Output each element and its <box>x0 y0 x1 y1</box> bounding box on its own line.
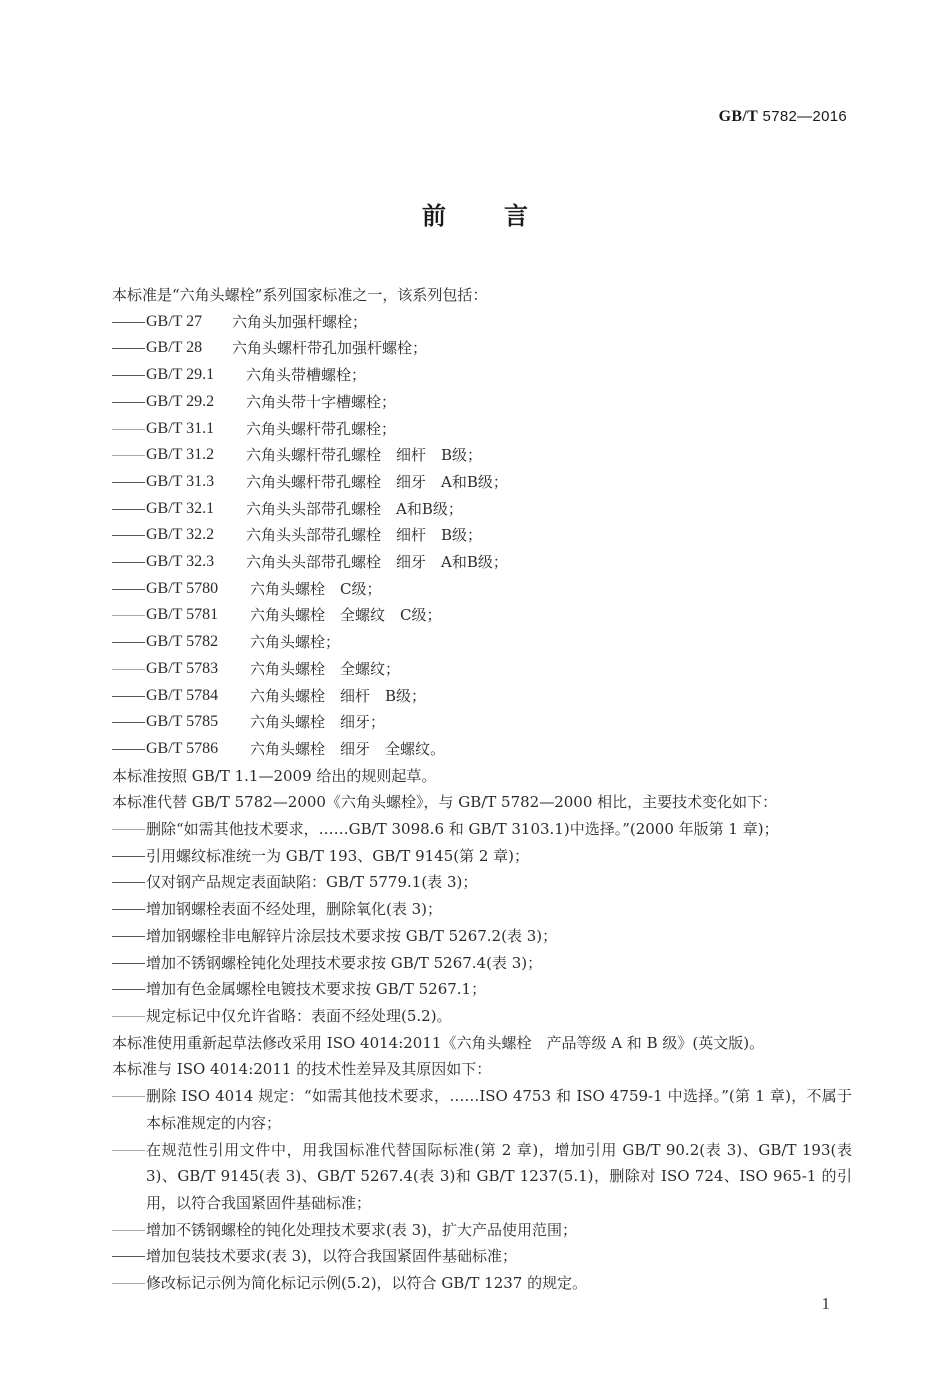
series-name: 六角头带十字槽螺栓； <box>246 389 396 416</box>
dash <box>112 843 146 870</box>
change-text: 规定标记中仅允许省略：表面不经处理(5.2)。 <box>146 1003 452 1030</box>
difference-item: 修改标记示例为简化标记示例(5.2)，以符合 GB/T 1237 的规定。 <box>112 1270 852 1297</box>
series-item: GB/T 5784六角头螺栓 细杆 B级； <box>112 683 852 710</box>
change-item: 增加钢螺栓非电解锌片涂层技术要求按 GB/T 5267.2(表 3)； <box>112 923 852 950</box>
series-item: GB/T 5782六角头螺栓； <box>112 629 852 656</box>
series-code: GB/T 28 <box>146 335 232 362</box>
series-name: 六角头头部带孔螺栓 细杆 B级； <box>246 522 482 549</box>
series-name: 六角头头部带孔螺栓 细牙 A和B级； <box>246 549 508 576</box>
dash <box>112 1083 146 1110</box>
change-item: 增加钢螺栓表面不经处理，删除氧化(表 3)； <box>112 896 852 923</box>
series-name: 六角头加强杆螺栓； <box>232 309 367 336</box>
dash <box>112 629 146 656</box>
series-item: GB/T 5780六角头螺栓 C级； <box>112 576 852 603</box>
difference-text: 删除 ISO 4014 规定：“如需其他技术要求，……ISO 4753 和 IS… <box>146 1083 852 1136</box>
difference-text: 修改标记示例为简化标记示例(5.2)，以符合 GB/T 1237 的规定。 <box>146 1270 852 1297</box>
dash <box>112 522 146 549</box>
change-text: 引用螺纹标准统一为 GB/T 193、GB/T 9145(第 2 章)； <box>146 843 529 870</box>
series-item: GB/T 32.2六角头头部带孔螺栓 细杆 B级； <box>112 522 852 549</box>
difference-text: 在规范性引用文件中，用我国标准代替国际标准(第 2 章)，增加引用 GB/T 9… <box>146 1137 852 1217</box>
series-code: GB/T 32.1 <box>146 496 246 523</box>
dash <box>112 1137 146 1164</box>
dash <box>112 950 146 977</box>
standard-code: GB/T 5782—2016 <box>719 108 847 126</box>
series-code: GB/T 31.1 <box>146 416 246 443</box>
dash <box>112 576 146 603</box>
series-name: 六角头螺杆带孔螺栓 细杆 B级； <box>246 442 482 469</box>
dash <box>112 1270 146 1297</box>
series-item: GB/T 31.3六角头螺杆带孔螺栓 细牙 A和B级； <box>112 469 852 496</box>
differences-list: 删除 ISO 4014 规定：“如需其他技术要求，……ISO 4753 和 IS… <box>112 1083 852 1297</box>
change-item: 增加不锈钢螺栓钝化处理技术要求按 GB/T 5267.4(表 3)； <box>112 950 852 977</box>
adoption-statement: 本标准使用重新起草法修改采用 ISO 4014:2011《六角头螺栓 产品等级 … <box>112 1030 852 1057</box>
dash <box>112 362 146 389</box>
series-name: 六角头螺栓； <box>250 629 340 656</box>
change-text: 增加钢螺栓非电解锌片涂层技术要求按 GB/T 5267.2(表 3)； <box>146 923 557 950</box>
differences-intro: 本标准与 ISO 4014:2011 的技术性差异及其原因如下： <box>112 1056 852 1083</box>
series-item: GB/T 29.2六角头带十字槽螺栓； <box>112 389 852 416</box>
dash <box>112 442 146 469</box>
series-name: 六角头带槽螺栓； <box>246 362 366 389</box>
series-code: GB/T 32.2 <box>146 522 246 549</box>
series-code: GB/T 5785 <box>146 709 250 736</box>
foreword-body: 本标准是“六角头螺栓”系列国家标准之一，该系列包括： GB/T 27六角头加强杆… <box>112 282 852 1297</box>
dash <box>112 976 146 1003</box>
series-name: 六角头螺栓 细牙 全螺纹。 <box>250 736 445 763</box>
series-name: 六角头头部带孔螺栓 A和B级； <box>246 496 463 523</box>
series-name: 六角头螺栓 细杆 B级； <box>250 683 426 710</box>
change-item: 仅对钢产品规定表面缺陷：GB/T 5779.1(表 3)； <box>112 869 852 896</box>
page-title: 前言 <box>0 196 950 231</box>
series-item: GB/T 31.2六角头螺杆带孔螺栓 细杆 B级； <box>112 442 852 469</box>
series-code: GB/T 5786 <box>146 736 250 763</box>
series-code: GB/T 32.3 <box>146 549 246 576</box>
series-intro: 本标准是“六角头螺栓”系列国家标准之一，该系列包括： <box>112 282 852 309</box>
dash <box>112 1243 146 1270</box>
difference-text: 增加包装技术要求(表 3)，以符合我国紧固件基础标准； <box>146 1243 852 1270</box>
series-code: GB/T 5783 <box>146 656 250 683</box>
change-text: 增加有色金属螺栓电镀技术要求按 GB/T 5267.1； <box>146 976 486 1003</box>
change-text: 删除“如需其他技术要求，……GB/T 3098.6 和 GB/T 3103.1)… <box>146 816 779 843</box>
series-item: GB/T 5781六角头螺栓 全螺纹 C级； <box>112 602 852 629</box>
series-code: GB/T 5782 <box>146 629 250 656</box>
series-item: GB/T 27六角头加强杆螺栓； <box>112 309 852 336</box>
series-item: GB/T 32.3六角头头部带孔螺栓 细牙 A和B级； <box>112 549 852 576</box>
series-code: GB/T 5784 <box>146 683 250 710</box>
series-name: 六角头螺栓 全螺纹 C级； <box>250 602 441 629</box>
series-list: GB/T 27六角头加强杆螺栓； GB/T 28六角头螺杆带孔加强杆螺栓； GB… <box>112 309 852 763</box>
series-name: 六角头螺杆带孔加强杆螺栓； <box>232 335 427 362</box>
dash <box>112 709 146 736</box>
series-code: GB/T 31.3 <box>146 469 246 496</box>
series-item: GB/T 5783六角头螺栓 全螺纹； <box>112 656 852 683</box>
changes-list: 删除“如需其他技术要求，……GB/T 3098.6 和 GB/T 3103.1)… <box>112 816 852 1030</box>
series-item: GB/T 5786六角头螺栓 细牙 全螺纹。 <box>112 736 852 763</box>
dash <box>112 1003 146 1030</box>
series-name: 六角头螺杆带孔螺栓 细牙 A和B级； <box>246 469 508 496</box>
series-name: 六角头螺栓 全螺纹； <box>250 656 400 683</box>
page-number: 1 <box>822 1294 831 1314</box>
drafting-rule: 本标准按照 GB/T 1.1—2009 给出的规则起草。 <box>112 763 852 790</box>
dash <box>112 389 146 416</box>
dash <box>112 1217 146 1244</box>
change-item: 引用螺纹标准统一为 GB/T 193、GB/T 9145(第 2 章)； <box>112 843 852 870</box>
series-code: GB/T 29.1 <box>146 362 246 389</box>
dash <box>112 335 146 362</box>
series-item: GB/T 32.1六角头头部带孔螺栓 A和B级； <box>112 496 852 523</box>
difference-text: 增加不锈钢螺栓的钝化处理技术要求(表 3)，扩大产品使用范围； <box>146 1217 852 1244</box>
series-item: GB/T 29.1六角头带槽螺栓； <box>112 362 852 389</box>
dash <box>112 602 146 629</box>
change-text: 增加不锈钢螺栓钝化处理技术要求按 GB/T 5267.4(表 3)； <box>146 950 542 977</box>
change-text: 增加钢螺栓表面不经处理，删除氧化(表 3)； <box>146 896 442 923</box>
dash <box>112 656 146 683</box>
dash <box>112 896 146 923</box>
dash <box>112 309 146 336</box>
standard-code-prefix: GB/T <box>719 108 758 125</box>
series-code: GB/T 27 <box>146 309 232 336</box>
series-item: GB/T 31.1六角头螺杆带孔螺栓； <box>112 416 852 443</box>
replaces-statement: 本标准代替 GB/T 5782—2000《六角头螺栓》，与 GB/T 5782—… <box>112 789 852 816</box>
dash <box>112 469 146 496</box>
dash <box>112 496 146 523</box>
standard-code-number: 5782—2016 <box>758 108 847 125</box>
dash <box>112 416 146 443</box>
dash <box>112 736 146 763</box>
series-code: GB/T 31.2 <box>146 442 246 469</box>
series-code: GB/T 5780 <box>146 576 250 603</box>
series-item: GB/T 5785六角头螺栓 细牙； <box>112 709 852 736</box>
dash <box>112 683 146 710</box>
change-item: 增加有色金属螺栓电镀技术要求按 GB/T 5267.1； <box>112 976 852 1003</box>
change-item: 规定标记中仅允许省略：表面不经处理(5.2)。 <box>112 1003 852 1030</box>
series-code: GB/T 29.2 <box>146 389 246 416</box>
dash <box>112 549 146 576</box>
change-text: 仅对钢产品规定表面缺陷：GB/T 5779.1(表 3)； <box>146 869 477 896</box>
series-name: 六角头螺杆带孔螺栓； <box>246 416 396 443</box>
difference-item: 增加不锈钢螺栓的钝化处理技术要求(表 3)，扩大产品使用范围； <box>112 1217 852 1244</box>
dash <box>112 869 146 896</box>
change-item: 删除“如需其他技术要求，……GB/T 3098.6 和 GB/T 3103.1)… <box>112 816 852 843</box>
dash <box>112 923 146 950</box>
difference-item: 删除 ISO 4014 规定：“如需其他技术要求，……ISO 4753 和 IS… <box>112 1083 852 1136</box>
dash <box>112 816 146 843</box>
difference-item: 增加包装技术要求(表 3)，以符合我国紧固件基础标准； <box>112 1243 852 1270</box>
difference-item: 在规范性引用文件中，用我国标准代替国际标准(第 2 章)，增加引用 GB/T 9… <box>112 1137 852 1217</box>
series-code: GB/T 5781 <box>146 602 250 629</box>
series-item: GB/T 28六角头螺杆带孔加强杆螺栓； <box>112 335 852 362</box>
series-name: 六角头螺栓 C级； <box>250 576 381 603</box>
series-name: 六角头螺栓 细牙； <box>250 709 385 736</box>
